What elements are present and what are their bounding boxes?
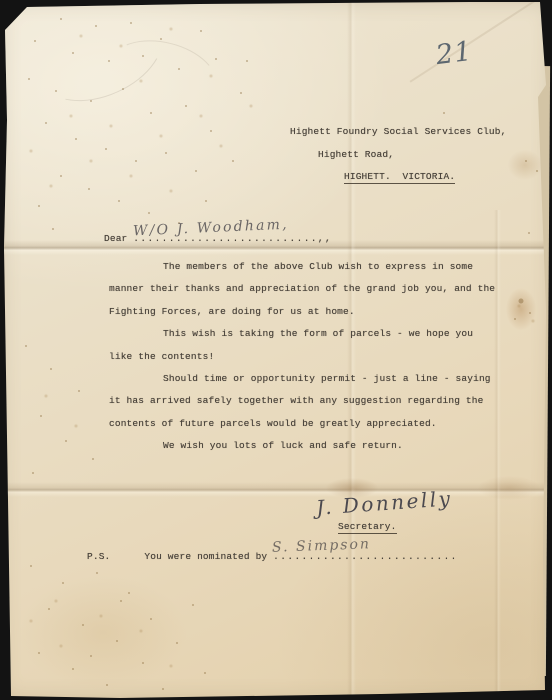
body-line: contents of future parcels would be grea…	[109, 413, 529, 435]
letterhead-club-name: Highett Foundry Social Services Club,	[290, 126, 506, 137]
body-line: The members of the above Club wish to ex…	[109, 256, 529, 278]
body-line: like the contents!	[109, 346, 529, 368]
fold-crease-horizontal-lower	[0, 482, 552, 497]
stain-bottom-left	[18, 575, 188, 690]
foxing-speckles	[0, 0, 2, 2]
salutation-label: Dear	[104, 233, 133, 244]
body-line: Fighting Forces, are doing for us at hom…	[109, 301, 529, 323]
letterhead-city-state: HIGHETT. VICTORIA.	[344, 171, 455, 184]
foxing-speckles-soft	[0, 0, 2, 2]
letter-paper: 21 Highett Foundry Social Services Club,…	[0, 0, 552, 700]
body-line: We wish you lots of luck and safe return…	[109, 435, 529, 457]
body-line: Should time or opportunity permit - just…	[109, 368, 529, 390]
letter-body: The members of the above Club wish to ex…	[109, 256, 529, 458]
stain-right-upper	[508, 150, 542, 180]
handwritten-page-number: 21	[434, 36, 474, 71]
body-line: manner their thanks and appreciation of …	[109, 278, 529, 300]
postscript-text: You were nominated by	[144, 551, 273, 562]
body-line: it has arrived safely together with any …	[109, 390, 529, 412]
signature-title: Secretary.	[338, 521, 397, 534]
postscript-label: P.S.	[87, 551, 110, 562]
crease-diagonal-top-right	[410, 0, 537, 83]
photograph-of-letter: 21 Highett Foundry Social Services Club,…	[0, 0, 552, 700]
stain-lower-crease-right	[478, 476, 540, 500]
letterhead-street: Highett Road,	[318, 149, 394, 160]
body-line: This wish is taking the form of parcels …	[109, 323, 529, 345]
